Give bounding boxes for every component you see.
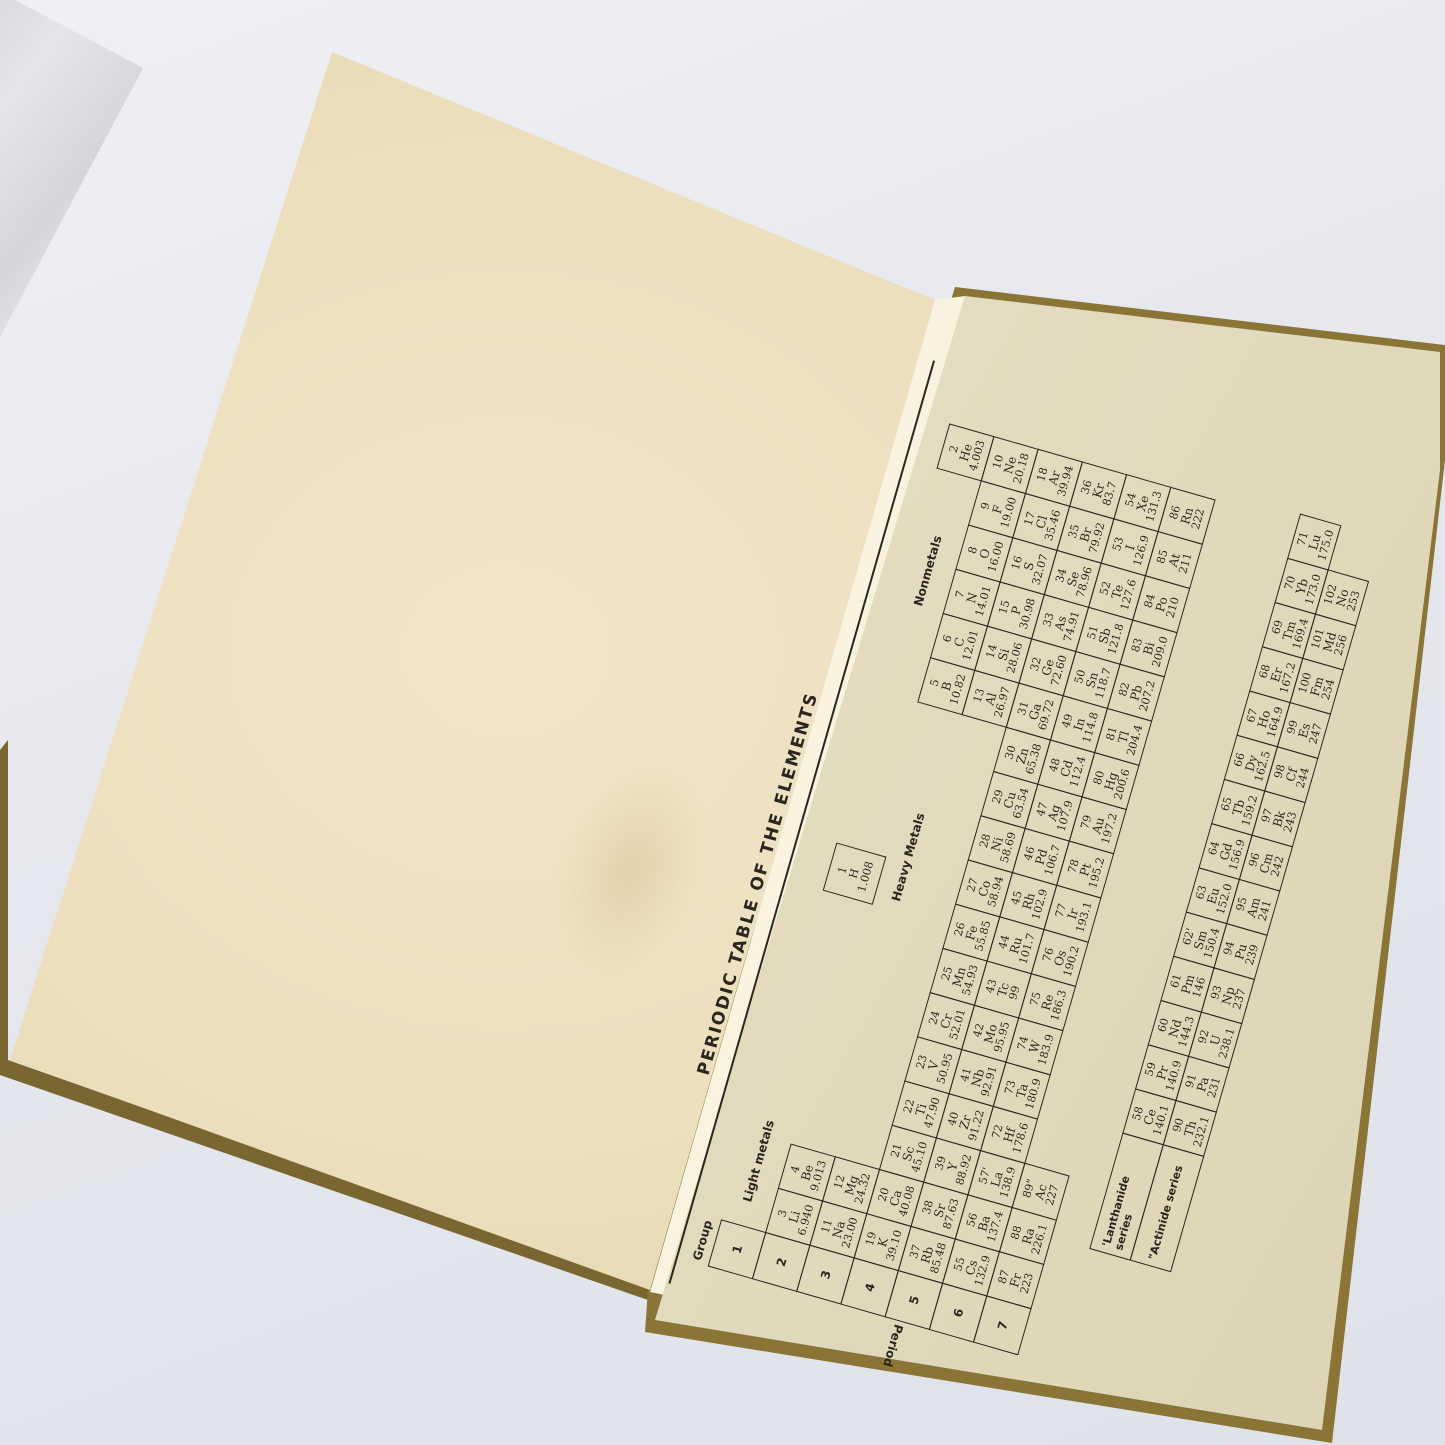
atomic-mass: 180.9	[1023, 1077, 1043, 1111]
atomic-mass: 204.4	[1125, 723, 1145, 757]
atomic-mass: 226.1	[1029, 1222, 1049, 1256]
atomic-mass: 99	[1007, 984, 1022, 1001]
atomic-mass: 183.9	[1036, 1033, 1056, 1067]
atomic-mass: 209.0	[1150, 635, 1170, 669]
atomic-mass: 175.0	[1316, 529, 1336, 563]
atomic-mass: 193.1	[1074, 900, 1094, 934]
atomic-mass: 190.2	[1061, 944, 1081, 978]
atomic-mass: 195.2	[1087, 856, 1107, 890]
atomic-mass: 186.3	[1049, 989, 1069, 1023]
atomic-mass: 207.2	[1137, 679, 1157, 713]
atomic-mass: 178.6	[1010, 1121, 1030, 1155]
open-book: PERIODIC TABLE OF THE ELEMENTS 1 H 1.008…	[0, 0, 1445, 1445]
